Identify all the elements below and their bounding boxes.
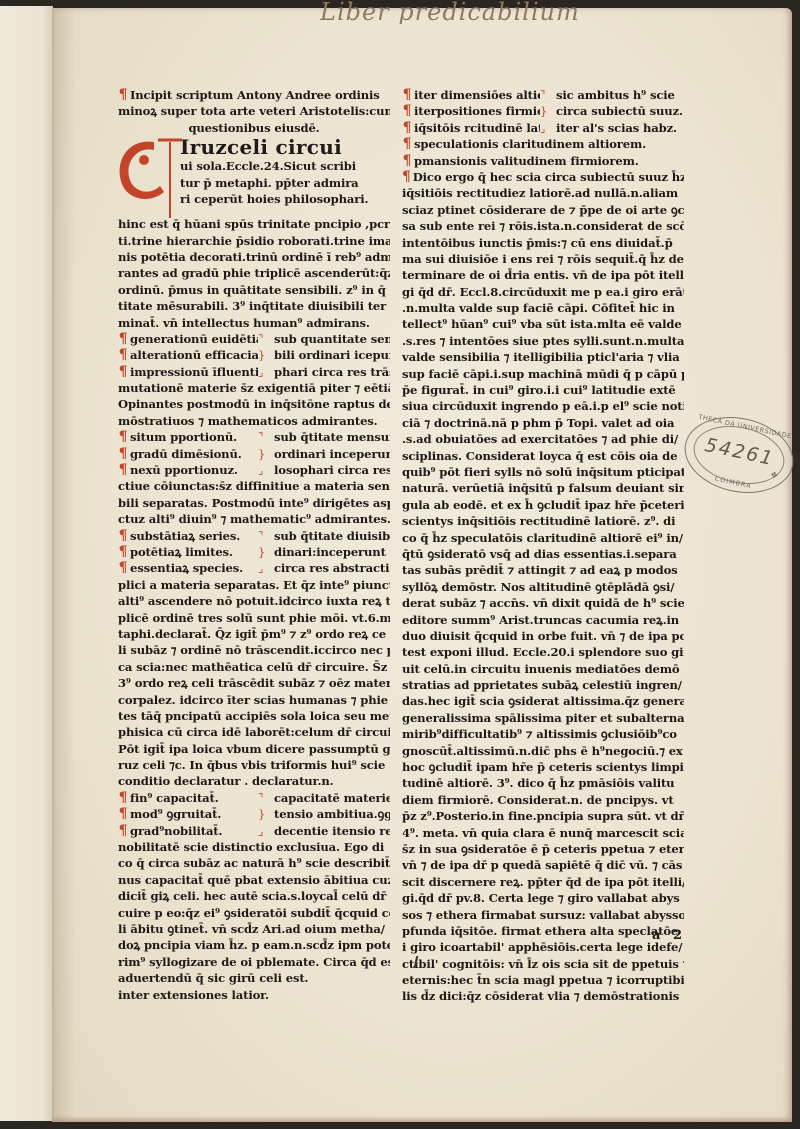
bracket-item-text: grad⁹nobilitat̄.: [130, 824, 222, 838]
text-line: nus capacitat̄ quē pbat extensio ābitiua…: [118, 872, 390, 888]
pilcrow-icon: ¶: [402, 136, 412, 152]
text-line: diem firmiorē. Considerat.n. de pncipys.…: [402, 792, 684, 808]
line-text: q̄tū ꝯsideratō vsq̄ ad dias essentias.i.…: [402, 546, 677, 562]
line-text: mutationē materie s̄z exigentiā piter ⁊ …: [118, 380, 390, 396]
line-text: taphi.declarat̄. Q̄z igit̄ p̄m⁹ ⁊ z⁹ ord…: [118, 626, 386, 642]
text-line: nis potētia decorati.trinū ordinē ī reb⁹…: [118, 249, 390, 265]
line-text: stratias ad pprietates subāꝝ celestiū in…: [402, 677, 682, 693]
line-text: tudinē altiorē. 3⁹. dico q̄ h̄z pmāsiōis…: [402, 775, 674, 791]
brace-icon: }: [258, 806, 268, 822]
bracket-item-text: nexū pportionuz.: [130, 463, 238, 477]
paragraph: nobilitatē scie distinctio exclusiua. Eg…: [118, 839, 390, 1003]
pilcrow-icon: ¶: [118, 544, 128, 560]
text-line: hoc ꝯcludit̄ ipam hr̄e p̄ ceteris scient…: [402, 759, 684, 775]
bracket-continuation: sub q̄titate mensurabili: [268, 429, 390, 445]
bracket-item-text: mod⁹ ꝯgruitat̄.: [130, 807, 221, 821]
bracket-item: ¶mod⁹ ꝯgruitat̄.: [118, 806, 258, 822]
line-text: co q̄ circa subāz ac naturā h⁹ scie desc…: [118, 855, 390, 871]
line-text: duo diuisit q̄cquid in orbe fuit. vn̄ ⁊ …: [402, 628, 684, 644]
bracket-continuation: dinari:inceperunt phari: [268, 544, 390, 560]
bracket-continuation: losophari circa res subie/: [268, 462, 390, 478]
line-text: rantes ad gradū phie triplicē ascenderūt…: [118, 265, 390, 281]
bracket-item: ¶fin⁹ capacitat̄.: [118, 790, 258, 806]
line-text: conditio declaratur . declaratur.n.: [118, 773, 334, 789]
bracket-continuation: sic ambitus h⁹ scie: [550, 87, 684, 103]
text-line: rim⁹ syllogizare de oi pblemate. Circa q…: [118, 954, 390, 970]
line-text: pmansionis valitudinem firmiorem.: [414, 153, 639, 169]
bracket-row: ¶impressionū īfluentias.⌟phari circa res…: [118, 364, 390, 380]
sub-lines: ¶speculationis claritudinem altiorem.¶pm…: [402, 136, 684, 169]
left-column: ¶Incipit scriptum Antony Andree ordinism…: [118, 87, 390, 1003]
bracket-row: ¶iq̄sitōis rcitudinē latiorē.⌟iter al's …: [402, 120, 684, 136]
text-line: phisica cū circa idē laborēt:celum dr̄ c…: [118, 724, 390, 740]
text-line: ctiue cōiunctas:s̄z diffinitiue a materi…: [118, 478, 390, 494]
text-line: co q̄ h̄z speculatōis claritudinē altior…: [402, 530, 684, 546]
pilcrow-icon: ¶: [118, 806, 128, 822]
text-line: sa sub ente rei ⁊ rōis.ista.n.considerat…: [402, 218, 684, 234]
line-text: tas subās prēdit̄ ⁊ attingit ⁊ ad eaꝝ p …: [402, 562, 678, 578]
bracket-continuation: sub q̄titate diuisibili or/: [268, 528, 390, 544]
pilcrow-icon: ¶: [118, 790, 128, 806]
line-text: Iruzceli circui: [180, 136, 342, 158]
line-text: siua circūduxit ingrendo p eā.i.p el⁹ sc…: [402, 398, 684, 414]
brace-icon: ⌝: [258, 790, 268, 806]
text-line: ctuz alti⁹ diuin⁹ ⁊ mathematic⁹ admirant…: [118, 511, 390, 527]
bracket-row: ¶fin⁹ capacitat̄.⌝capacitatē materie pba…: [118, 790, 390, 806]
text-line: aduertendū q̄ sic girū celi est.: [118, 970, 390, 986]
bracket-item-text: gradū dimēsionū.: [130, 447, 242, 461]
text-line: derat subāz ⁊ accn̄s. vn̄ dixit quidā de…: [402, 595, 684, 611]
line-text: corpalez. idcirco īter scias humanas ⁊ p…: [118, 692, 390, 708]
line-text: minoꝝ super tota arte veteri Aristotelis…: [118, 103, 390, 119]
text-line: tellect⁹ hūan⁹ cui⁹ vba sūt ista.mlta eē…: [402, 316, 684, 332]
line-text: titate mēsurabili. 3⁹ inq̄titate diuisib…: [118, 298, 386, 314]
line-text: questionibus eiusdē.: [188, 120, 319, 136]
brace-icon: ⌟: [258, 462, 268, 478]
line-text: minat̄. vn̄ intellectus human⁹ admirans.: [118, 315, 370, 331]
line-text: ctiue cōiunctas:s̄z diffinitiue a materi…: [118, 478, 390, 494]
line-text: pfunda iq̄sitōe. firmat ethera alta spec…: [402, 923, 678, 939]
text-line: plici a materia separatas. Et q̄z inte⁹ …: [118, 577, 390, 593]
text-line: p̄e figurat̄. in cui⁹ giro.i.i cui⁹ lati…: [402, 382, 684, 398]
paragraph: mutationē materie s̄z exigentiā piter ⁊ …: [118, 380, 390, 429]
incipit: ¶Incipit scriptum Antony Andree ordinism…: [118, 87, 390, 136]
text-line: taphi.declarat̄. Q̄z igit̄ p̄m⁹ ⁊ z⁹ ord…: [118, 626, 390, 642]
star-icon: ✥: [770, 470, 778, 480]
line-text: doꝝ pncipia viam h̄z. p eam.n.scd̄z ipm …: [118, 937, 390, 953]
text-line: ruz celi ⁊c. In q̄bus vbis triformis hui…: [118, 757, 390, 773]
initial-lines: Iruzceli circuiui sola.Eccle.24.Sicut sc…: [180, 136, 390, 216]
text-line: 3⁹ ordo reꝝ celi trāscēdit subāz ⁊ oēz m…: [118, 675, 390, 691]
text-line: gi q̄d dr̄. Eccl.8.circūduxit me p ea.i …: [402, 284, 684, 300]
line-text: tur p̄ metaphi. pp̄ter admira: [180, 175, 359, 191]
line-text: ma sui diuisiōe i ens rei ⁊ rōis sequit̄…: [402, 251, 684, 267]
line-text: bili separatas. Postmodū inte⁹ dirigētes…: [118, 495, 390, 511]
text-line: ciā ⁊ doctrinā.nā p phm p̄ Topi. valet a…: [402, 415, 684, 431]
text-line: terminare de oi d̄ria entis. vn̄ de ipa …: [402, 267, 684, 283]
text-line: ordinū. p̄mus in quātitate sensibili. z⁹…: [118, 282, 390, 298]
text-line: ¶speculationis claritudinem altiorem.: [402, 136, 684, 152]
pilcrow-icon: ¶: [118, 462, 128, 478]
bracket-item: ¶iter dimensiōes altior.: [402, 87, 540, 103]
text-line: minat̄. vn̄ intellectus human⁹ admirans.: [118, 315, 390, 331]
text-line: intentōibus iunctis p̄mis:⁊ cū ens diuid…: [402, 235, 684, 251]
text-line: inter extensiones latior.: [118, 987, 390, 1003]
pilcrow-icon: ¶: [118, 347, 128, 363]
line-text: s̄z in sua ꝯsideratōe ē p̄ ceteris ppetu…: [402, 841, 684, 857]
paragraph: ¶Dico ergo q̄ hec scia circa subiectū su…: [402, 169, 684, 1005]
text-line: vn̄ ⁊ de ipa dr̄ p quedā sapiētē q̄ dic̄…: [402, 857, 684, 873]
text-line: ¶Dico ergo q̄ hec scia circa subiectū su…: [402, 169, 684, 185]
text-line: sciplinas. Considerat loyca q̄ est cōis …: [402, 448, 684, 464]
line-text: mirib⁹difficultatib⁹ ⁊ altissimis ꝯclusi…: [402, 726, 677, 742]
text-line: conditio declaratur . declaratur.n.: [118, 773, 390, 789]
line-text: hoc ꝯcludit̄ ipam hr̄e p̄ ceteris scient…: [402, 759, 684, 775]
text-line: p̄z z⁹.Posterio.in fine.pncipia supra sū…: [402, 808, 684, 824]
text-line: dicit̄ giꝝ celi. hec autē scia.s.loycal̄…: [118, 888, 390, 904]
brace-icon: ⌝: [258, 331, 268, 347]
pilcrow-icon: ¶: [402, 103, 412, 119]
text-line: das.hec igit̄ scia ꝯsiderat altissima.q̄…: [402, 693, 684, 709]
bracket-item: ¶iq̄sitōis rcitudinē latiorē.: [402, 120, 540, 136]
line-text: Incipit scriptum Antony Andree ordinis: [130, 87, 380, 103]
line-text: scientys inq̄sitiōis rectitudinē latiorē…: [402, 513, 675, 529]
text-line: doꝝ pncipia viam h̄z. p eam.n.scd̄z ipm …: [118, 937, 390, 953]
text-line: stratias ad pprietates subāꝝ celestiū in…: [402, 677, 684, 693]
running-head: Liber predicabilium: [320, 0, 650, 24]
bracket-item-text: generationū euidētias: [130, 332, 258, 346]
line-text: ri ceperūt hoies philosophari.: [180, 191, 368, 207]
brace-icon: ⌟: [258, 560, 268, 576]
line-text: editore summ⁹ Arist.truncas cacumia reꝝ.…: [402, 612, 679, 628]
text-line: plicē ordinē tres solū sunt phie mōi. vt…: [118, 610, 390, 626]
line-text: ruz celi ⁊c. In q̄bus vbis triformis hui…: [118, 757, 385, 773]
text-line: mutationē materie s̄z exigentiā piter ⁊ …: [118, 380, 390, 396]
text-line: titate mēsurabili. 3⁹ inq̄titate diuisib…: [118, 298, 390, 314]
text-line: s̄z in sua ꝯsideratōe ē p̄ ceteris ppetu…: [402, 841, 684, 857]
bracket-row: ¶grad⁹nobilitat̄.⌟decentie itensio reflu…: [118, 823, 390, 839]
bracket-continuation: iter al's scias habz.: [550, 120, 684, 136]
line-text: dicit̄ giꝝ celi. hec autē scia.s.loycal̄…: [118, 888, 390, 904]
line-text: quib⁹ pōt fieri sylls nō solū inq̄situm …: [402, 464, 684, 480]
line-text: Pōt igit̄ ipa loica vbum dicere passumpt…: [118, 741, 390, 757]
bracketed-list: ¶fin⁹ capacitat̄.⌝capacitatē materie pba…: [118, 790, 390, 839]
pilcrow-icon: ¶: [402, 153, 412, 169]
bracketed-list: ¶iter dimensiōes altior.⌝sic ambitus h⁹ …: [402, 87, 684, 136]
line-text: aduertendū q̄ sic girū celi est.: [118, 970, 308, 986]
bracketed-list: ¶situm pportionū.⌝sub q̄titate mensurabi…: [118, 429, 390, 478]
paragraph: ctiue cōiunctas:s̄z diffinitiue a materi…: [118, 478, 390, 527]
brace-icon: }: [258, 446, 268, 462]
line-text: 3⁹ ordo reꝝ celi trāscēdit subāz ⁊ oēz m…: [118, 675, 390, 691]
bracket-item-text: iter dimensiōes altior.: [414, 88, 540, 102]
bracket-continuation: sub quantitate sensi/: [268, 331, 390, 347]
text-line: .s.res ⁊ intentōes siue ptes sylli.sunt.…: [402, 333, 684, 349]
bracket-item: ¶situm pportionū.: [118, 429, 258, 445]
text-line: ui sola.Eccle.24.Sicut scribi: [180, 158, 390, 174]
line-text: phisica cū circa idē laborēt:celum dr̄ c…: [118, 724, 390, 740]
incipit-line: minoꝝ super tota arte veteri Aristotelis…: [118, 103, 390, 119]
line-text: plici a materia separatas. Et q̄z inte⁹ …: [118, 577, 390, 593]
text-line: generalissima spālissima piter et subalt…: [402, 710, 684, 726]
line-text: 4⁹. meta. vn̄ quia clara ē nunq̄ marcesc…: [402, 825, 684, 841]
line-text: nis potētia decorati.trinū ordinē ī reb⁹…: [118, 249, 390, 265]
line-text: Opinantes postmodū in inq̄sitōne raptus …: [118, 396, 390, 412]
bracket-item: ¶substātiaꝝ series.: [118, 528, 258, 544]
text-line: tur p̄ metaphi. pp̄ter admira: [180, 175, 390, 191]
line-text: generalissima spālissima piter et subalt…: [402, 710, 684, 726]
paragraph: plici a materia separatas. Et q̄z inte⁹ …: [118, 577, 390, 790]
text-line: .s.ad obuiatōes ad exercitatōes ⁊ ad phi…: [402, 431, 684, 447]
text-line: pfunda iq̄sitōe. firmat ethera alta spec…: [402, 923, 684, 939]
text-line: ctibil' cognitōis: vn̄ l̄z ois scia sit …: [402, 956, 684, 972]
text-line: mōstratiuos ⁊ mathematicos admirantes.: [118, 413, 390, 429]
line-text: scit discernere reꝝ. pp̄ter q̄d de ipa p…: [402, 874, 684, 890]
line-text: iq̄sitiōis rectitudiez latiorē.ad nullā.…: [402, 185, 678, 201]
pilcrow-icon: ¶: [118, 823, 128, 839]
text-line: alti⁹ ascendere nō potuit.idcirco iuxta …: [118, 593, 390, 609]
line-text: tellect⁹ hūan⁹ cui⁹ vba sūt ista.mlta eē…: [402, 316, 682, 332]
line-text: ctuz alti⁹ diuin⁹ ⁊ mathematic⁹ admirant…: [118, 511, 390, 527]
line-text: nus capacitat̄ quē pbat extensio ābitiua…: [118, 872, 390, 888]
text-line: scientys inq̄sitiōis rectitudinē latiorē…: [402, 513, 684, 529]
bracket-row: ¶situm pportionū.⌝sub q̄titate mensurabi…: [118, 429, 390, 445]
signature-mark: a 2: [652, 928, 686, 943]
text-line: ri ceperūt hoies philosophari.: [180, 191, 390, 207]
bracket-row: ¶generationū euidētias⌝sub quantitate se…: [118, 331, 390, 347]
brace-icon: ⌟: [258, 823, 268, 839]
bracket-row: ¶nexū pportionuz.⌟losophari circa res su…: [118, 462, 390, 478]
bracket-item-text: iq̄sitōis rcitudinē latiorē.: [414, 121, 540, 135]
bracket-item: ¶impressionū īfluentias.: [118, 364, 258, 380]
line-text: tes tāq̄ pncipatū accipiēs sola loica se…: [118, 708, 390, 724]
line-text: plicē ordinē tres solū sunt phie mōi. vt…: [118, 610, 390, 626]
line-text: sciplinas. Considerat loyca q̄ est cōis …: [402, 448, 677, 464]
bracket-row: ¶iter dimensiōes altior.⌝sic ambitus h⁹ …: [402, 87, 684, 103]
text-line: gula ab eodē. et ex h̄ ꝯcludit̄ ipaz hr̄…: [402, 497, 684, 513]
line-text: ti.trine hierarchie p̄sidio roborati.tri…: [118, 233, 390, 249]
line-text: ui sola.Eccle.24.Sicut scribi: [180, 158, 356, 174]
brace-icon: }: [540, 103, 550, 119]
pilcrow-icon: ¶: [402, 87, 412, 103]
bracket-continuation: tensio ambitiua.ꝯgruitatē: [268, 806, 390, 822]
line-text: alti⁹ ascendere nō potuit.idcirco iuxta …: [118, 593, 390, 609]
brace-icon: }: [258, 544, 268, 560]
line-text: das.hec igit̄ scia ꝯsiderat altissima.q̄…: [402, 693, 684, 709]
brace-icon: }: [258, 347, 268, 363]
flyleaf: [0, 6, 53, 1121]
text-line: quib⁹ pōt fieri sylls nō solū inq̄situm …: [402, 464, 684, 480]
line-text: cuire p eo:q̄z ei⁹ ꝯsideratōi subdit̄ q̄…: [118, 905, 390, 921]
line-text: derat subāz ⁊ accn̄s. vn̄ dixit quidā de…: [402, 595, 684, 611]
line-text: p̄e figurat̄. in cui⁹ giro.i.i cui⁹ lati…: [402, 382, 676, 398]
line-text: test exponi illud. Eccle.20.i splendore …: [402, 644, 684, 660]
text-line: .n.multa valde sup faciē cāpi. Cōfitet̄ …: [402, 300, 684, 316]
line-text: .s.res ⁊ intentōes siue ptes sylli.sunt.…: [402, 333, 684, 349]
bracket-item-text: essentiaꝝ species.: [130, 561, 243, 575]
bracket-item: ¶iterpositiones firmior.: [402, 103, 540, 119]
line-text: uit celū.in circuitu inuenis mediatōes d…: [402, 661, 679, 677]
bracket-continuation: phari circa res trās/: [268, 364, 390, 380]
text-line: ti.trine hierarchie p̄sidio roborati.tri…: [118, 233, 390, 249]
text-line: duo diuisit q̄cquid in orbe fuit. vn̄ ⁊ …: [402, 628, 684, 644]
bracket-item-text: potētiaꝝ limites.: [130, 545, 233, 559]
line-text: p̄z z⁹.Posterio.in fine.pncipia supra sū…: [402, 808, 684, 824]
text-line: li subāz ⁊ ordinē nō trāscendit.iccirco …: [118, 642, 390, 658]
bracket-item: ¶generationū euidētias: [118, 331, 258, 347]
line-text: intentōibus iunctis p̄mis:⁊ cū ens diuid…: [402, 235, 673, 251]
bracket-continuation: capacitatē materie pbat ex: [268, 790, 390, 806]
text-line: rantes ad gradū phie triplicē ascenderūt…: [118, 265, 390, 281]
text-line: editore summ⁹ Arist.truncas cacumia reꝝ.…: [402, 612, 684, 628]
brace-icon: ⌟: [540, 120, 550, 136]
line-text: Dico ergo q̄ hec scia circa subiectū suu…: [413, 169, 684, 185]
bracket-row: ¶gradū dimēsionū.}ordinari inceperunt ph…: [118, 446, 390, 462]
bracket-item: ¶alterationū efficacias.: [118, 347, 258, 363]
line-text: ordinū. p̄mus in quātitate sensibili. z⁹…: [118, 282, 386, 298]
initial-block: Iruzceli circuiui sola.Eccle.24.Sicut sc…: [118, 136, 390, 216]
brace-icon: ⌝: [540, 87, 550, 103]
line-text: sciaz ptinet cōsiderare de ⁊ p̄pe de oi …: [402, 202, 684, 218]
text-line: tas subās prēdit̄ ⁊ attingit ⁊ ad eaꝝ p …: [402, 562, 684, 578]
line-text: gnoscūt̄.altissimū.n.dic̄ phs ē h⁹negoci…: [402, 743, 683, 759]
text-line: nobilitatē scie distinctio exclusiua. Eg…: [118, 839, 390, 855]
bracket-item: ¶nexū pportionuz.: [118, 462, 258, 478]
line-text: co q̄ h̄z speculatōis claritudinē altior…: [402, 530, 683, 546]
bracket-continuation: decentie itensio refluxiua.: [268, 823, 390, 839]
incipit-line: ¶Incipit scriptum Antony Andree ordinis: [118, 87, 390, 103]
paragraph: hinc est q̄ hūani spūs trinitate pncipio…: [118, 216, 390, 331]
bracket-item-text: substātiaꝝ series.: [130, 529, 240, 543]
line-text: nobilitatē scie distinctio exclusiua. Eg…: [118, 839, 384, 855]
line-text: naturā. verūetiā inq̄sitū p falsum deuia…: [402, 480, 684, 496]
line-text: diem firmiorē. Considerat.n. de pncipys.…: [402, 792, 674, 808]
line-text: li subāz ⁊ ordinē nō trāscendit.iccirco …: [118, 642, 390, 658]
brace-icon: ⌟: [258, 364, 268, 380]
pilcrow-icon: ¶: [402, 120, 412, 136]
bracket-row: ¶mod⁹ ꝯgruitat̄.}tensio ambitiua.ꝯgruita…: [118, 806, 390, 822]
bracket-continuation: circa subiectū suuz.: [550, 103, 684, 119]
bracket-item: ¶grad⁹nobilitat̄.: [118, 823, 258, 839]
text-line: li ābitu ꝯtinet̄. vn̄ scd̄z Ari.ad oium …: [118, 921, 390, 937]
pilcrow-icon: ¶: [402, 169, 411, 185]
text-line: sup faciē cāpi.i.sup machinā mūdi q̄ p c…: [402, 366, 684, 382]
line-text: sos ⁊ ethera firmabat sursuz: vallabat a…: [402, 907, 684, 923]
line-text: lis d̄z dici:q̄z cōsiderat vlia ⁊ demōst…: [402, 988, 679, 1004]
brace-icon: ⌝: [258, 528, 268, 544]
bracket-row: ¶iterpositiones firmior.}circa subiectū …: [402, 103, 684, 119]
line-text: mōstratiuos ⁊ mathematicos admirantes.: [118, 413, 378, 429]
text-line: i giro icoartabil' apphēsiōis.certa lege…: [402, 939, 684, 955]
text-line: uit celū.in circuitu inuenis mediatōes d…: [402, 661, 684, 677]
pilcrow-icon: ¶: [118, 331, 128, 347]
text-line: tes tāq̄ pncipatū accipiēs sola loica se…: [118, 708, 390, 724]
text-line: test exponi illud. Eccle.20.i splendore …: [402, 644, 684, 660]
line-text: valde sensibilia ⁊ itelligibilia pticl'a…: [402, 349, 680, 365]
text-line: naturā. verūetiā inq̄sitū p falsum deuia…: [402, 480, 684, 496]
gutter-shadow: [52, 8, 76, 1122]
line-text: inter extensiones latior.: [118, 987, 269, 1003]
text-line: 4⁹. meta. vn̄ quia clara ē nunq̄ marcesc…: [402, 825, 684, 841]
bracket-item-text: fin⁹ capacitat̄.: [130, 791, 219, 805]
bracket-item-text: iterpositiones firmior.: [414, 104, 540, 118]
line-text: vn̄ ⁊ de ipa dr̄ p quedā sapiētē q̄ dic̄…: [402, 857, 682, 873]
text-line: ma sui diuisiōe i ens rei ⁊ rōis sequit̄…: [402, 251, 684, 267]
text-line: ca scia:nec mathēatica celū dr̄ circuire…: [118, 659, 390, 675]
bracket-item: ¶potētiaꝝ limites.: [118, 544, 258, 560]
line-text: gula ab eodē. et ex h̄ ꝯcludit̄ ipaz hr̄…: [402, 497, 684, 513]
text-line: eternis:hec t̄n scia magl ppetua ⁊ icorr…: [402, 972, 684, 988]
text-line: siua circūduxit ingrendo p eā.i.p el⁹ sc…: [402, 398, 684, 414]
text-line: gnoscūt̄.altissimū.n.dic̄ phs ē h⁹negoci…: [402, 743, 684, 759]
line-text: speculationis claritudinem altiorem.: [414, 136, 646, 152]
text-line: q̄tū ꝯsideratō vsq̄ ad dias essentias.i.…: [402, 546, 684, 562]
bracket-row: ¶potētiaꝝ limites.}dinari:inceperunt pha…: [118, 544, 390, 560]
text-line: gi.q̄d dr̄ pv.8. Certa lege ⁊ giro valla…: [402, 890, 684, 906]
text-line: Opinantes postmodū in inq̄sitōne raptus …: [118, 396, 390, 412]
line-text: syllōꝝ demōstr. Nos altitudinē ꝯtēplādā …: [402, 579, 674, 595]
line-text: .n.multa valde sup faciē cāpi. Cōfitet̄ …: [402, 300, 675, 316]
line-text: li ābitu ꝯtinet̄. vn̄ scd̄z Ari.ad oium …: [118, 921, 385, 937]
line-text: sa sub ente rei ⁊ rōis.ista.n.considerat…: [402, 218, 684, 234]
pilcrow-icon: ¶: [118, 87, 128, 103]
text-line: bili separatas. Postmodū inte⁹ dirigētes…: [118, 495, 390, 511]
line-text: gi.q̄d dr̄ pv.8. Certa lege ⁊ giro valla…: [402, 890, 680, 906]
bracket-continuation: bili ordinari icepunt: [268, 347, 390, 363]
brace-icon: ⌝: [258, 429, 268, 445]
text-line: corpalez. idcirco īter scias humanas ⁊ p…: [118, 692, 390, 708]
line-text: gi q̄d dr̄. Eccl.8.circūduxit me p ea.i …: [402, 284, 684, 300]
text-line: syllōꝝ demōstr. Nos altitudinē ꝯtēplādā …: [402, 579, 684, 595]
line-text: ciā ⁊ doctrinā.nā p phm p̄ Topi. valet a…: [402, 415, 674, 431]
bracket-item: ¶essentiaꝝ species.: [118, 560, 258, 576]
line-text: sup faciē cāpi.i.sup machinā mūdi q̄ p c…: [402, 366, 684, 382]
bracket-row: ¶alterationū efficacias.}bili ordinari i…: [118, 347, 390, 363]
bracket-continuation: ordinari inceperunt phi/: [268, 446, 390, 462]
line-text: rim⁹ syllogizare de oi pblemate. Circa q…: [118, 954, 390, 970]
bracket-item-text: alterationū efficacias.: [130, 348, 258, 362]
text-line: iq̄sitiōis rectitudiez latiorē.ad nullā.…: [402, 185, 684, 201]
pilcrow-icon: ¶: [118, 528, 128, 544]
text-line: sos ⁊ ethera firmabat sursuz: vallabat a…: [402, 907, 684, 923]
right-column: ¶iter dimensiōes altior.⌝sic ambitus h⁹ …: [402, 87, 684, 1005]
text-line: scit discernere reꝝ. pp̄ter q̄d de ipa p…: [402, 874, 684, 890]
bracket-item: ¶gradū dimēsionū.: [118, 446, 258, 462]
bracketed-list: ¶substātiaꝝ series.⌝sub q̄titate diuisib…: [118, 528, 390, 577]
text-line: mirib⁹difficultatib⁹ ⁊ altissimis ꝯclusi…: [402, 726, 684, 742]
text-line: valde sensibilia ⁊ itelligibilia pticl'a…: [402, 349, 684, 365]
pilcrow-icon: ¶: [118, 560, 128, 576]
line-text: terminare de oi d̄ria entis. vn̄ de ipa …: [402, 267, 684, 283]
text-line: tudinē altiorē. 3⁹. dico q̄ h̄z pmāsiōis…: [402, 775, 684, 791]
text-line: ¶pmansionis valitudinem firmiorem.: [402, 153, 684, 169]
bracket-row: ¶substātiaꝝ series.⌝sub q̄titate diuisib…: [118, 528, 390, 544]
bracket-item-text: situm pportionū.: [130, 430, 237, 444]
pilcrow-icon: ¶: [118, 429, 128, 445]
line-text: ca scia:nec mathēatica celū dr̄ circuire…: [118, 659, 390, 675]
line-text: ctibil' cognitōis: vn̄ l̄z ois scia sit …: [402, 956, 684, 972]
opening-word: Iruzceli circui: [180, 136, 390, 158]
line-text: i giro icoartabil' apphēsiōis.certa lege…: [402, 939, 682, 955]
bracket-continuation: circa res abstractiōe,sim/: [268, 560, 390, 576]
line-text: .s.ad obuiatōes ad exercitatōes ⁊ ad phi…: [402, 431, 678, 447]
bracketed-list: ¶generationū euidētias⌝sub quantitate se…: [118, 331, 390, 380]
ornamental-initial-g: [118, 134, 180, 216]
text-line: sciaz ptinet cōsiderare de ⁊ p̄pe de oi …: [402, 202, 684, 218]
text-line: Pōt igit̄ ipa loica vbum dicere passumpt…: [118, 741, 390, 757]
text-line: cuire p eo:q̄z ei⁹ ꝯsideratōi subdit̄ q̄…: [118, 905, 390, 921]
bracket-item-text: impressionū īfluentias.: [130, 365, 258, 379]
